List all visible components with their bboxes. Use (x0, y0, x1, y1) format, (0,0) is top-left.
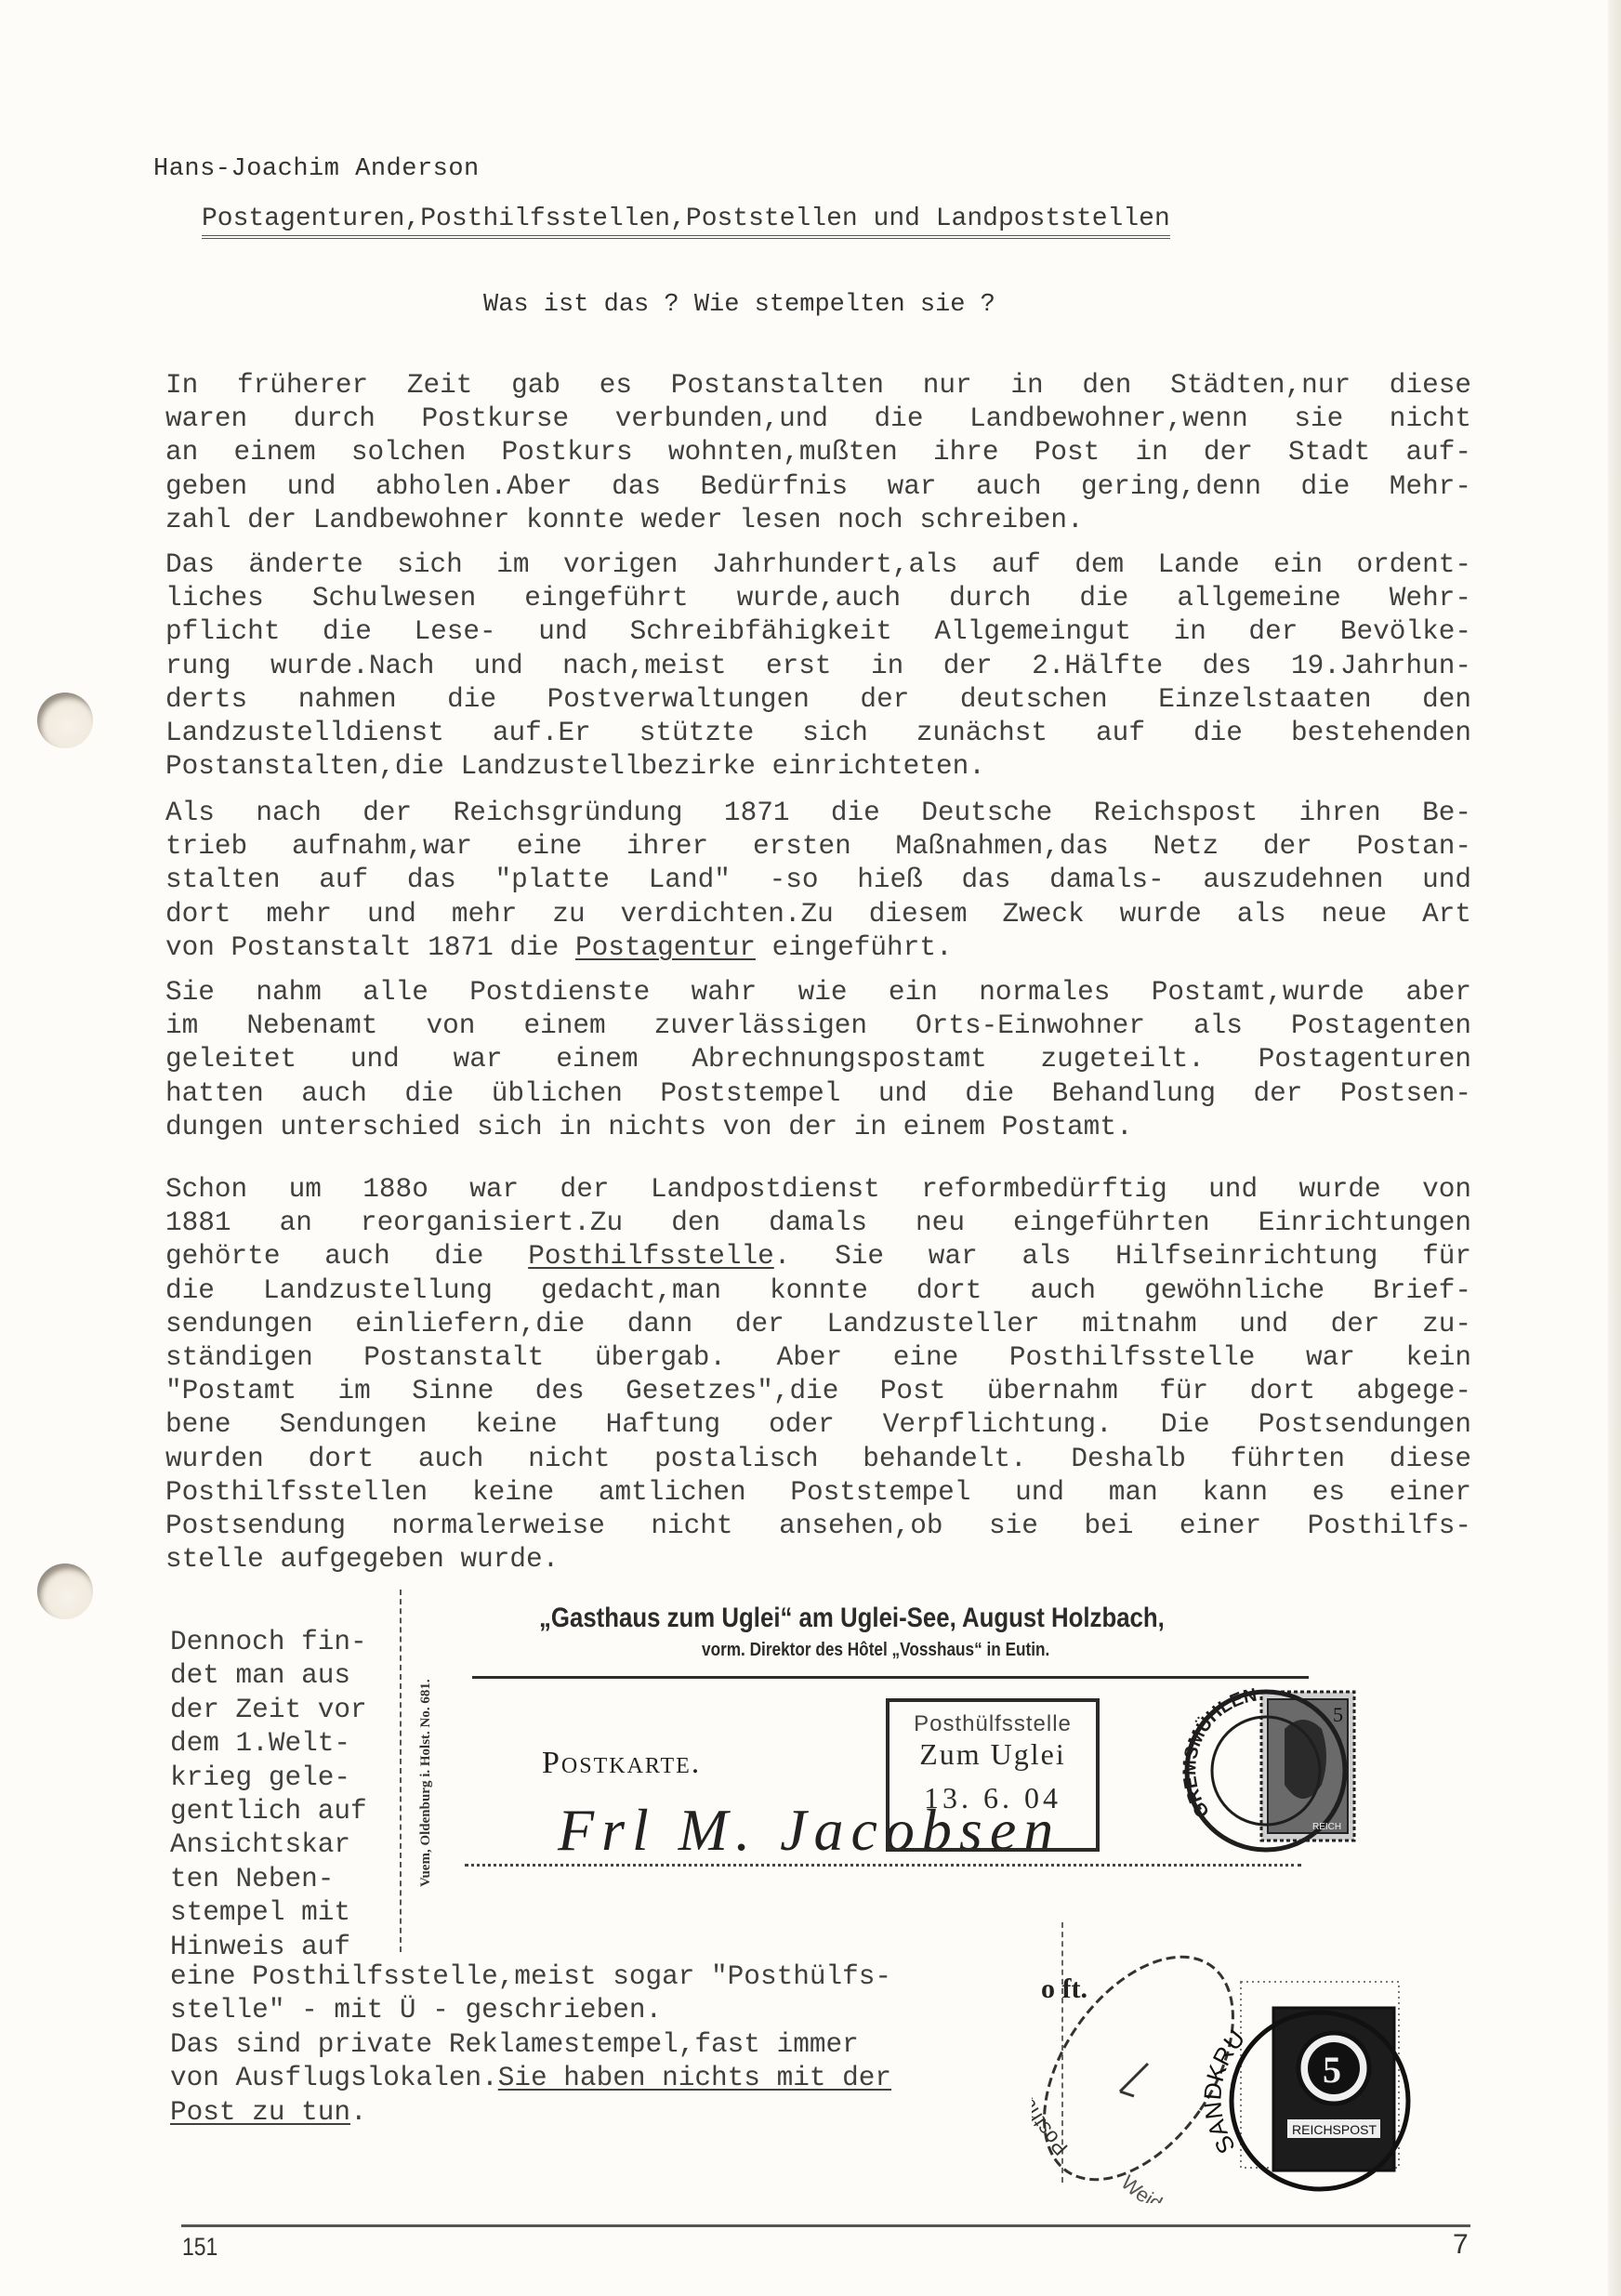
text-line: der Zeit vor (170, 1694, 393, 1727)
text-line: an einem solchen Postkurs wohnten,mußten… (165, 436, 1471, 469)
text-line: geben und abholen.Aber das Bedürfnis war… (165, 470, 1471, 504)
footer-page-number-right: 7 (1453, 2229, 1469, 2261)
text-line: dem 1.Welt- (170, 1727, 393, 1761)
underlined-term: Posthilfsstelle (528, 1241, 774, 1272)
paragraph: In früherer Zeit gab es Postanstalten nu… (165, 369, 1471, 537)
text-line: die Landzustellung gedacht,man konnte do… (165, 1274, 1471, 1308)
svg-text:Weidenthal: Weidenthal (1116, 2171, 1212, 2203)
text-line: Postsendung normalerweise nicht ansehen,… (165, 1510, 1471, 1543)
text-line: 1881 an reorganisiert.Zu den damals neu … (165, 1207, 1471, 1240)
underlined-term: Post zu tun (170, 2097, 350, 2128)
postcard-edge (400, 1590, 402, 1952)
author: Hans-Joachim Anderson (153, 155, 480, 183)
text-line: gehörte auch die Posthilfsstelle. Sie wa… (165, 1240, 1471, 1273)
svg-text:GREMSMÜHLEN: GREMSMÜHLEN (1180, 1685, 1259, 1822)
text-line: Hinweis auf (170, 1931, 393, 1964)
text-line: dort mehr und mehr zu verdichten.Zu dies… (165, 898, 1471, 931)
text-line: trieb aufnahm,war eine ihrer ersten Maßn… (165, 830, 1471, 864)
page-edge (1608, 0, 1621, 2296)
svg-text:5: 5 (1333, 1703, 1343, 1726)
box-stamp-date: 13. 6. 04 (890, 1781, 1096, 1815)
text-line: ten Neben- (170, 1863, 393, 1896)
svg-text:REICH: REICH (1312, 1822, 1341, 1832)
text-line: pflicht die Lese- und Schreibfähigkeit A… (165, 615, 1471, 649)
punch-hole (37, 1564, 93, 1619)
text-line: gentlich auf (170, 1795, 393, 1828)
text-line: Das änderte sich im vorigen Jahrhundert,… (165, 548, 1471, 582)
text-line: ständigen Postanstalt übergab. Aber eine… (165, 1341, 1471, 1375)
box-cancel-stamp: Posthülfsstelle Zum Uglei 13. 6. 04 (886, 1698, 1100, 1852)
text-line: derts nahmen die Postverwaltungen der de… (165, 683, 1471, 717)
text-line: krieg gele- (170, 1762, 393, 1795)
text-line: geleitet und war einem Abrechnungspostam… (165, 1043, 1471, 1076)
text-line: von Postanstalt 1871 die Postagentur ein… (165, 931, 1471, 965)
text-line: In früherer Zeit gab es Postanstalten nu… (165, 369, 1471, 402)
postcard-title: Postkarte. (542, 1746, 701, 1781)
footer-rule (181, 2224, 1470, 2227)
text-line: Sie nahm alle Postdienste wahr wie ein n… (165, 976, 1471, 1009)
text-line: dungen unterschied sich in nichts von de… (165, 1111, 1471, 1144)
text-line: Schon um 188o war der Landpostdienst ref… (165, 1173, 1471, 1207)
postcard-header: „Gasthaus zum Uglei“ am Uglei-See, Augus… (539, 1603, 1165, 1634)
svg-text:Posthülfsstelle: Posthülfsstelle (1032, 2031, 1073, 2160)
paragraph: Als nach der Reichsgründung 1871 die Deu… (165, 797, 1471, 965)
text-line: Dennoch fin- (170, 1626, 393, 1659)
paragraph: Sie nahm alle Postdienste wahr wie ein n… (165, 976, 1471, 1144)
text-line: Postanstalten,die Landzustellbezirke ein… (165, 750, 1471, 784)
text-line: "Postamt im Sinne des Gesetzes",die Post… (165, 1375, 1471, 1408)
svg-text:5: 5 (1323, 2049, 1341, 2091)
text-line: Landzustelldienst auf.Er stützte sich zu… (165, 717, 1471, 750)
footer-page-number-left: 151 (182, 2233, 217, 2262)
text-line: wurden dort auch nicht postalisch behand… (165, 1443, 1471, 1476)
document-subtitle: Was ist das ? Wie stempelten sie ? (483, 291, 995, 319)
text-line: rung wurde.Nach und nach,meist erst in d… (165, 650, 1471, 683)
text-line: zahl der Landbewohner konnte weder lesen… (165, 504, 1471, 537)
postcard-subheader: vorm. Direktor des Hôtel „Vosshaus“ in E… (702, 1640, 1049, 1661)
paragraph: Das änderte sich im vorigen Jahrhundert,… (165, 548, 1471, 784)
text-line: liches Schulwesen eingeführt wurde,auch … (165, 582, 1471, 615)
postcard-imprint: Vuem, Oldenburg i. Holst. No. 681. (418, 1679, 434, 1887)
postcard-image: Vuem, Oldenburg i. Holst. No. 681. „Gast… (390, 1580, 1487, 2212)
paragraph: Schon um 188o war der Landpostdienst ref… (165, 1173, 1471, 1577)
side-column-text: Dennoch fin-det man ausder Zeit vordem 1… (170, 1626, 393, 1964)
punch-hole (37, 693, 93, 748)
text-line: sendungen einliefern,die dann der Landzu… (165, 1308, 1471, 1341)
svg-text:REICHSPOST: REICHSPOST (1292, 2122, 1377, 2137)
box-stamp-line2: Zum Uglei (890, 1737, 1096, 1772)
text-line: det man aus (170, 1659, 393, 1693)
postmark-stamp-icon: GREMSMÜHLEN 5 REICH (1173, 1673, 1368, 1868)
text-line: stalten auf das "platte Land" -so hieß d… (165, 864, 1471, 897)
text-line: Ansichtskar (170, 1828, 393, 1862)
document-title: Postagenturen,Posthilfsstellen,Poststell… (202, 205, 1170, 239)
text-line: stelle aufgegeben wurde. (165, 1543, 1471, 1577)
box-stamp-line1: Posthülfsstelle (890, 1711, 1096, 1737)
postmark-stamp-icon: 5 REICHSPOST SANDKRUG (1199, 1961, 1413, 2203)
text-line: Als nach der Reichsgründung 1871 die Deu… (165, 797, 1471, 830)
text-line: bene Sendungen keine Haftung oder Verpfl… (165, 1408, 1471, 1442)
text-line: waren durch Postkurse verbunden,und die … (165, 402, 1471, 436)
text-line: hatten auch die üblichen Poststempel und… (165, 1077, 1471, 1111)
text-line: stempel mit (170, 1896, 393, 1930)
text-line: Posthilfsstellen keine amtlichen Postste… (165, 1476, 1471, 1510)
text-line: im Nebenamt von einem zuverlässigen Orts… (165, 1009, 1471, 1043)
underlined-term: Postagentur (575, 932, 756, 963)
